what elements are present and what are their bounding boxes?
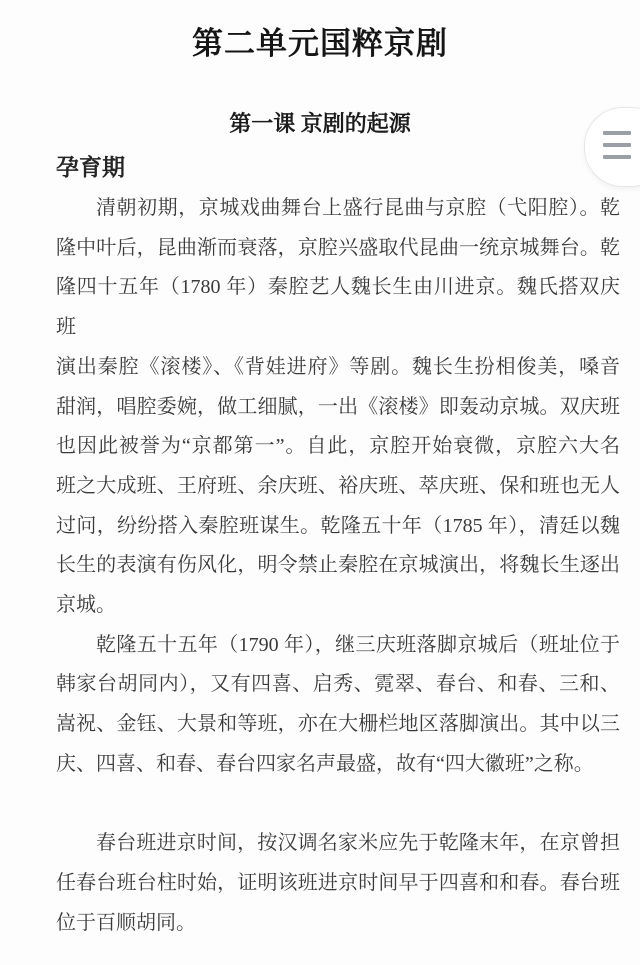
section-heading: 孕育期 (56, 153, 640, 183)
text-line: 隆中叶后，昆曲渐而衰落，京腔兴盛取代昆曲一统京城舞台。乾 (56, 229, 620, 269)
text-line: 过问，纷纷搭入秦腔班谋生。乾隆五十年（1785 年），清廷以魏 (56, 507, 620, 547)
paragraph-2: 乾隆五十五年（1790 年），继三庆班落脚京城后（班址位于韩家台胡同内），又有四… (56, 626, 620, 785)
document-page: 第二单元国粹京剧 第一课 京剧的起源 孕育期 清朝初期，京城戏曲舞台上盛行昆曲与… (0, 0, 640, 965)
text-line: 庆、四喜、和春、春台四家名声最盛，故有“四大徽班”之称。 (56, 745, 620, 785)
text-line: 长生的表演有伤风化，明令禁止秦腔在京城演出，将魏长生逐出 (56, 546, 620, 586)
hamburger-menu-icon (603, 131, 631, 135)
text-line (56, 785, 620, 825)
text-line: 演出秦腔《滚楼》、《背娃进府》等剧。魏长生扮相俊美，嗓音 (56, 348, 620, 388)
text-line: 隆四十五年（1780 年）秦腔艺人魏长生由川进京。魏氏搭双庆班 (56, 268, 620, 347)
text-line: 也因此被誉为“京都第一”。自此，京腔开始衰微，京腔六大名 (56, 427, 620, 467)
unit-title: 第二单元国粹京剧 (0, 0, 640, 64)
paragraph-1: 清朝初期，京城戏曲舞台上盛行昆曲与京腔（弋阳腔）。乾隆中叶后，昆曲渐而衰落，京腔… (56, 189, 620, 626)
hamburger-menu-icon (603, 143, 631, 147)
text-line: 甜润，唱腔委婉，做工细腻，一出《滚楼》即轰动京城。双庆班 (56, 388, 620, 428)
text-line: 春台班进京时间，按汉调名家米应先于乾隆末年，在京曾担 (56, 824, 620, 864)
text-line: 京城。 (56, 586, 620, 626)
text-line: 嵩祝、金钰、大景和等班，亦在大栅栏地区落脚演出。其中以三 (56, 705, 620, 745)
text-line: 班之大成班、王府班、余庆班、裕庆班、萃庆班、保和班也无人 (56, 467, 620, 507)
lesson-title: 第一课 京剧的起源 (0, 110, 640, 138)
document-body: 清朝初期，京城戏曲舞台上盛行昆曲与京腔（弋阳腔）。乾隆中叶后，昆曲渐而衰落，京腔… (56, 189, 620, 943)
text-line: 乾隆五十五年（1790 年），继三庆班落脚京城后（班址位于 (56, 626, 620, 666)
hamburger-menu-icon (603, 155, 631, 159)
paragraph-3 (56, 785, 620, 825)
text-line: 任春台班台柱时始，证明该班进京时间早于四喜和和春。春台班 (56, 864, 620, 904)
text-line: 位于百顺胡同。 (56, 904, 620, 944)
text-line: 韩家台胡同内），又有四喜、启秀、霓翠、春台、和春、三和、 (56, 665, 620, 705)
text-line: 清朝初期，京城戏曲舞台上盛行昆曲与京腔（弋阳腔）。乾 (56, 189, 620, 229)
paragraph-4: 春台班进京时间，按汉调名家米应先于乾隆末年，在京曾担任春台班台柱时始，证明该班进… (56, 824, 620, 943)
